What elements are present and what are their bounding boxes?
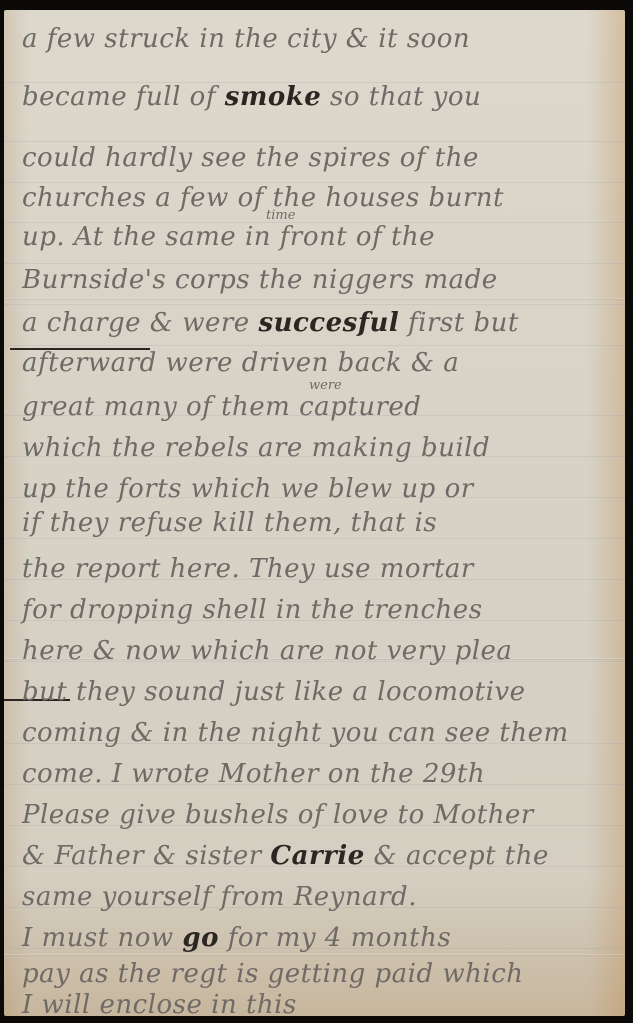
letter-line: great many of them captured [22, 392, 421, 422]
ruled-line [4, 141, 625, 142]
letter-line: afterward were driven back & a [22, 348, 459, 378]
letter-line-part: for my 4 months [219, 923, 451, 953]
letter-line-part: & Father & sister [22, 841, 270, 871]
ruled-line [4, 345, 625, 346]
letter-line-part: I must now [22, 923, 182, 953]
ruled-line [4, 304, 625, 305]
emphasized-word: Carrie [270, 841, 364, 871]
letter-line: coming & in the night you can see them [22, 718, 569, 748]
letter-line: which the rebels are making build [22, 433, 490, 463]
letter-line: Burnside's corps the niggers made [22, 265, 498, 295]
letter-line: I will enclose in this [22, 990, 297, 1020]
letter-line: up the forts which we blew up or [22, 474, 474, 504]
letter-line: here & now which are not very plea [22, 636, 512, 666]
paper-fold [4, 298, 625, 300]
letter-line: but they sound just like a locomotive [22, 677, 526, 707]
letter-page: a few struck in the city & it soon becam… [4, 10, 625, 1016]
letter-line: became full of smoke so that you [22, 82, 481, 112]
letter-line: pay as the regt is getting paid which [22, 959, 524, 989]
letter-line-part: a charge & were [22, 308, 258, 338]
ruled-line [4, 538, 625, 539]
emphasized-word: smoke [225, 82, 322, 112]
letter-line: churches a few of the houses burnt [22, 183, 504, 213]
letter-line: same yourself from Reynard. [22, 882, 417, 912]
letter-line: & Father & sister Carrie & accept the [22, 841, 549, 871]
insertion-above-line: time [266, 208, 295, 223]
letter-line: Please give bushels of love to Mother [22, 800, 534, 830]
insertion-above-line: were [309, 378, 342, 393]
emphasized-word: go [182, 923, 219, 953]
ruled-line [4, 263, 625, 264]
emphasized-word: succesful [258, 308, 399, 338]
letter-line: the report here. They use mortar [22, 554, 474, 584]
letter-line: for dropping shell in the trenches [22, 595, 483, 625]
letter-line: could hardly see the spires of the [22, 143, 479, 173]
letter-line: a charge & were succesful first but [22, 308, 519, 338]
letter-line: I must now go for my 4 months [22, 923, 451, 953]
letter-line: a few struck in the city & it soon [22, 24, 470, 54]
paper-fold [4, 954, 625, 956]
letter-line: come. I wrote Mother on the 29th [22, 759, 485, 789]
letter-line: up. At the same in front of the [22, 222, 435, 252]
letter-line: if they refuse kill them, that is [22, 508, 437, 538]
letter-line-part: became full of [22, 82, 225, 112]
letter-line-part: so that you [321, 82, 481, 112]
letter-line-part: & accept the [365, 841, 549, 871]
letter-line-part: first but [399, 308, 519, 338]
